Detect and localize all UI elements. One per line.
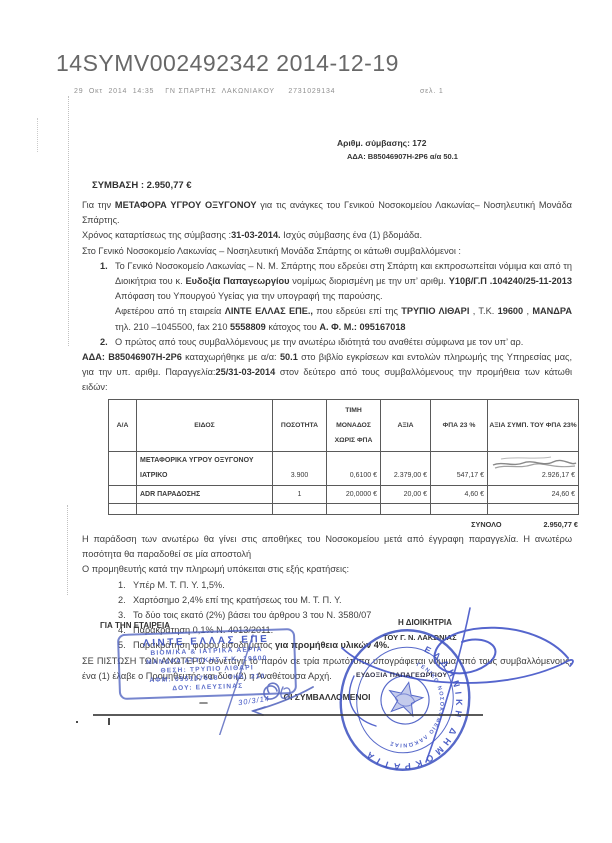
struck-value: 2.926,17 € <box>542 472 575 479</box>
table-header-cell: ΤΙΜΗ ΜΟΝΑΔΟΣ ΧΩΡΙΣ ΦΠΑ <box>327 399 381 452</box>
total-value: 2.950,77 € <box>544 517 579 532</box>
scan-artifact-tick <box>108 718 110 725</box>
party-1-text: Το Γενικό Νοσοκομείο Λακωνίας – Ν. Μ. Σπ… <box>115 259 572 305</box>
table-header-cell: ΠΟΣΟΤΗΤΑ <box>273 399 327 452</box>
table-cell: 4,60 € <box>431 485 488 503</box>
items-table: Α/Α ΕΙΔΟΣ ΠΟΣΟΤΗΤΑ ΤΙΜΗ ΜΟΝΑΔΟΣ ΧΩΡΙΣ ΦΠ… <box>108 399 579 515</box>
text-segment-bold: 31-03-2014. <box>231 230 281 240</box>
table-cell <box>109 503 137 514</box>
director-printed-name: ΕΥΔΟΞΙΑ ΠΑΠΑΓΕΩΡΓΙΟΥ <box>356 672 447 679</box>
text-segment: Απόφαση του Υπουργού Υγείας για την υπογ… <box>115 291 383 301</box>
scan-artifact-dotted-line <box>68 96 69 346</box>
table-cell <box>488 503 579 514</box>
text-segment: Ισχύς σύμβασης ένα (1) βδομάδα. <box>281 230 422 240</box>
table-cell <box>381 503 431 514</box>
fax-page-number: σελ. 1 <box>420 88 444 95</box>
text-segment-bold: ΑΔΑ: Β85046907Η-2Ρ6 <box>82 352 182 362</box>
contract-date-paragraph: Χρόνος καταρτίσεως της σύμβασης :31-03-2… <box>82 228 572 243</box>
deduction-item: 2. Χαρτόσημο 2,4% επί της κρατήσεως του … <box>118 593 572 608</box>
total-label: ΣΥΝΟΛΟ <box>471 517 501 532</box>
text-segment-bold: 5558809 <box>230 322 266 332</box>
deduction-item: 1. Υπέρ Μ. Τ. Π. Υ. 1,5%. <box>118 578 572 593</box>
table-cell: 1 <box>273 485 327 503</box>
text-segment-bold: Ευδοξία Παπαγεωργίου <box>185 276 289 286</box>
deduction-text: Χαρτόσημο 2,4% επί της κρατήσεως του Μ. … <box>133 593 342 608</box>
hospital-name-heading: ΤΟΥ Γ. Ν. ΛΑΚΩΝΙΑΣ <box>383 633 457 642</box>
ada-number: ΑΔΑ: Β85046907Η-2Ρ6 α/α 50.1 <box>347 152 458 161</box>
fax-metadata-line: 29 Οκτ 2014 14:35 ΓΝ ΣΠΑΡΤΗΣ ΛΑΚΩΝΙΑΚΟΥ … <box>74 88 335 95</box>
text-segment-bold: ΜΑΝΔΡΑ <box>532 306 572 316</box>
delivery-paragraph: Η παράδοση των ανωτέρω θα γίνει στις απο… <box>82 532 572 562</box>
table-header-cell: ΑΞΙΑ <box>381 399 431 452</box>
party-item-1: 1. Το Γενικό Νοσοκομείο Λακωνίας – Ν. Μ.… <box>100 259 572 305</box>
scan-artifact-dotted-line <box>37 118 38 152</box>
table-row: ΜΕΤΑΦΟΡΙΚΑ ΥΓΡΟΥ ΟΞΥΓΟΝΟΥ ΙΑΤΡΙΚΟ 3.900 … <box>109 452 579 485</box>
table-cell <box>137 503 273 514</box>
payment-intro-paragraph: Ο προμηθευτής κατά την πληρωμή υπόκειται… <box>82 562 572 577</box>
table-cell: ΑDR ΠΑΡΑΔΟΣΗΣ <box>137 485 273 503</box>
list-number: 1. <box>118 578 133 593</box>
scan-artifact-dotted-line <box>67 505 68 595</box>
table-cell: 20,00 € <box>381 485 431 503</box>
text-segment: Για την <box>82 200 115 210</box>
text-segment: κάτοχος του <box>266 322 320 332</box>
party-2-text: Ο πρώτος από τους συμβαλλόμενους με την … <box>115 335 572 350</box>
table-cell: 3.900 <box>273 452 327 485</box>
text-segment-bold: ΛΙΝΤΕ ΕΛΛΑΣ ΕΠΕ., <box>225 306 313 316</box>
table-header-cell: ΕΙΔΟΣ <box>137 399 273 452</box>
text-segment: τηλ. 210 –1045500, fax 210 <box>115 322 230 332</box>
text-segment-bold: Α. Φ. Μ.: 095167018 <box>319 322 405 332</box>
table-header-cell: ΦΠΑ 23 % <box>431 399 488 452</box>
table-cell: 24,60 € <box>488 485 579 503</box>
handwritten-scribble <box>491 455 577 471</box>
party-item-1-continued: Αφετέρου από τη εταιρεία ΛΙΝΤΕ ΕΛΛΑΣ ΕΠΕ… <box>115 304 572 334</box>
table-header-cell: ΑΞΙΑ ΣΥΜΠ. ΤΟΥ ΦΠΑ 23% <box>488 399 579 452</box>
table-cell <box>109 452 137 485</box>
scan-artifact-tick <box>76 721 78 723</box>
signature-divider-line <box>93 714 483 716</box>
parties-intro-paragraph: Στο Γενικό Νοσοκομείο Λακωνίας – Νοσηλευ… <box>82 244 572 259</box>
text-segment-bold: 19600 <box>498 306 524 316</box>
table-cell <box>431 503 488 514</box>
scanned-contract-page: 14SYMV002492342 2014-12-19 29 Οκτ 2014 1… <box>0 0 612 843</box>
subject-paragraph: Για την ΜΕΤΑΦΟΡΑ ΥΓΡΟΥ ΟΞΥΓΟΝΟΥ για τις … <box>82 198 572 228</box>
deduction-text: Υπέρ Μ. Τ. Π. Υ. 1,5%. <box>133 578 225 593</box>
table-cell-corrected: 2.926,17 € <box>488 452 579 485</box>
table-cell: 0,6100 € <box>327 452 381 485</box>
table-cell: ΜΕΤΑΦΟΡΙΚΑ ΥΓΡΟΥ ΟΞΥΓΟΝΟΥ ΙΑΤΡΙΚΟ <box>137 452 273 485</box>
table-cell: 547,17 € <box>431 452 488 485</box>
text-segment-bold: Υ10β/Γ.Π .104240/25-11-2013 <box>449 276 572 286</box>
text-segment: που εδρεύει επί της <box>313 306 401 316</box>
table-row: ΑDR ΠΑΡΑΔΟΣΗΣ 1 20,0000 € 20,00 € 4,60 €… <box>109 485 579 503</box>
list-number: 2. <box>100 335 115 350</box>
text-segment: , Τ.Κ. <box>469 306 497 316</box>
text-segment: Αφετέρου από τη εταιρεία <box>115 306 225 316</box>
table-total-row: ΣΥΝΟΛΟ 2.950,77 € <box>108 517 578 532</box>
contract-title: ΣΥΜΒΑΣΗ : 2.950,77 € <box>92 180 192 191</box>
table-cell <box>327 503 381 514</box>
table-cell <box>109 485 137 503</box>
company-signature-heading: ΓΙΑ ΤΗΝ ΕΤΑΙΡΕΙΑ <box>100 621 170 630</box>
text-segment: καταχωρήθηκε με α/α: <box>182 352 280 362</box>
director-signature-heading: Η ΔΙΟΙΚΗΤΡΙΑ <box>398 618 452 627</box>
text-segment: , <box>523 306 532 316</box>
table-row-empty <box>109 503 579 514</box>
text-segment: νομίμως διορισμένη με την υπ’ αριθμ. <box>289 276 448 286</box>
list-number: 2. <box>118 593 133 608</box>
order-paragraph: ΑΔΑ: Β85046907Η-2Ρ6 καταχωρήθηκε με α/α:… <box>82 350 572 396</box>
company-rubber-stamp: ΛΙΝΤΕ ΕΛΛΑΣ ΕΠΕ ΒΙΟΜ/ΚΑ & ΙΑΤΡΙΚΑ ΑΕΡΙΑ … <box>117 628 297 700</box>
document-id-header: 14SYMV002492342 2014-12-19 <box>56 50 399 77</box>
deduction-item: 3. Το δύο τοις εκατό (2%) βάσει του άρθρ… <box>118 608 572 623</box>
table-header-row: Α/Α ΕΙΔΟΣ ΠΟΣΟΤΗΤΑ ΤΙΜΗ ΜΟΝΑΔΟΣ ΧΩΡΙΣ ΦΠ… <box>109 399 579 452</box>
list-number: 1. <box>100 259 115 305</box>
contract-number: Αριθμ. σύμβασης: 172 <box>337 138 458 148</box>
text-segment: Χρόνος καταρτίσεως της σύμβασης : <box>82 230 231 240</box>
party-item-2: 2. Ο πρώτος από τους συμβαλλόμενους με τ… <box>100 335 572 350</box>
table-cell: 20,0000 € <box>327 485 381 503</box>
text-segment-bold: ΤΡΥΠΙΟ ΛΙΘΑΡΙ <box>401 306 469 316</box>
table-header-cell: Α/Α <box>109 399 137 452</box>
text-segment-bold: ΜΕΤΑΦΟΡΑ ΥΓΡΟΥ ΟΞΥΓΟΝΟΥ <box>115 200 257 210</box>
text-segment-bold: 50.1 <box>280 352 298 362</box>
table-cell: 2.379,00 € <box>381 452 431 485</box>
table-cell <box>273 503 327 514</box>
contract-meta-block: Αριθμ. σύμβασης: 172 ΑΔΑ: Β85046907Η-2Ρ6… <box>337 138 458 161</box>
text-segment-bold: 25/31-03-2014 <box>215 367 275 377</box>
